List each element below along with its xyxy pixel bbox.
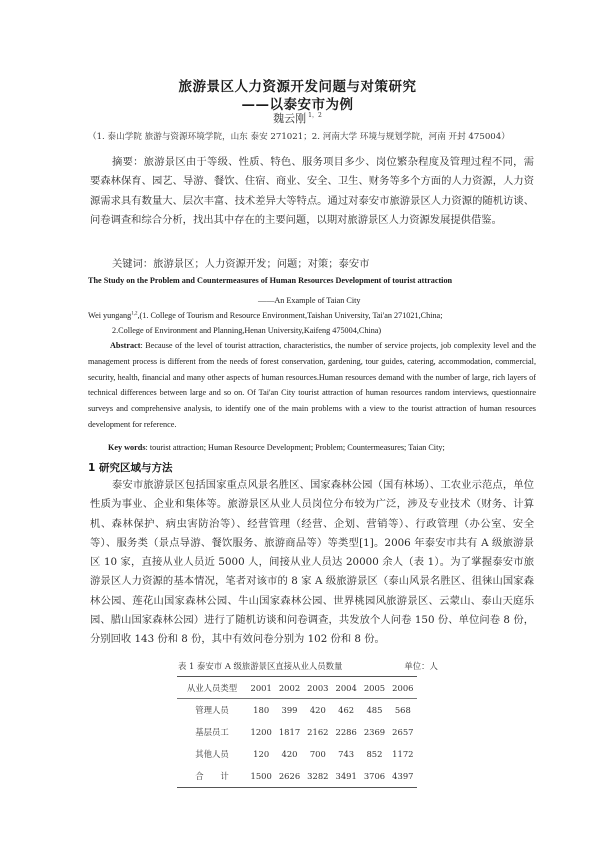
table-header: 2002	[275, 677, 303, 699]
author-line: 魏云刚1，2	[0, 110, 595, 126]
table-cell: 2657	[389, 721, 417, 743]
table-unit: 单位：人	[404, 661, 438, 671]
table-cell: 2369	[360, 721, 388, 743]
table-cell: 399	[275, 699, 303, 722]
author-superscript: 1，2	[308, 112, 322, 119]
abstract-en-text: : Because of the level of tourist attrac…	[88, 341, 536, 429]
table-header: 2006	[389, 677, 417, 699]
english-affiliation-1: Wei yungang1,2,(1. College of Tourism an…	[88, 311, 442, 320]
table-cell: 743	[332, 743, 360, 765]
table-cell: 3491	[332, 765, 360, 788]
table-cell: 180	[247, 699, 275, 722]
table-cell: 合 计	[177, 765, 247, 788]
table-header: 从业人员类型	[177, 677, 247, 699]
abstract-cn: 摘要：旅游景区由于等级、性质、特色、服务项目多少、岗位繁杂程度及管理过程不同，需…	[90, 153, 534, 230]
table-cell: 485	[360, 699, 388, 722]
english-affiliation-2: 2.College of Environment and Planning,He…	[112, 326, 381, 335]
keywords-en-label: Key words	[108, 443, 146, 452]
data-table: 从业人员类型 2001 2002 2003 2004 2005 2006 管理人…	[177, 676, 417, 788]
english-title: The Study on the Problem and Countermeas…	[88, 276, 452, 285]
table-cell: 568	[389, 699, 417, 722]
table-cell: 852	[360, 743, 388, 765]
table-row: 其他人员 120 420 700 743 852 1172	[177, 743, 417, 765]
affiliation: （1. 泰山学院 旅游与资源环境学院，山东 泰安 271021；2. 河南大学 …	[88, 130, 538, 142]
table-cell: 1817	[275, 721, 303, 743]
table-row-total: 合 计 1500 2626 3282 3491 3706 4397	[177, 765, 417, 788]
keywords-en-text: : tourist attraction; Human Resource Dev…	[146, 443, 445, 452]
table-header: 2001	[247, 677, 275, 699]
table-cell: 2286	[332, 721, 360, 743]
table-cell: 基层员工	[177, 721, 247, 743]
table-cell: 其他人员	[177, 743, 247, 765]
table-cell: 1200	[247, 721, 275, 743]
table-cell: 420	[275, 743, 303, 765]
english-subtitle: ——An Example of Taian City	[258, 296, 361, 305]
table-cell: 700	[304, 743, 332, 765]
abstract-en-label: Abstract	[110, 341, 140, 350]
table-cell: 120	[247, 743, 275, 765]
table-cell: 2626	[275, 765, 303, 788]
table-caption: 表 1 泰安市 A 级旅游景区直接从业人员数量单位：人	[178, 660, 438, 672]
table-cell: 420	[304, 699, 332, 722]
table-cell: 管理人员	[177, 699, 247, 722]
section-heading: 1 研究区域与方法	[88, 460, 172, 475]
table-header-row: 从业人员类型 2001 2002 2003 2004 2005 2006	[177, 677, 417, 699]
table-row: 基层员工 1200 1817 2162 2286 2369 2657	[177, 721, 417, 743]
table-header: 2005	[360, 677, 388, 699]
paper-page: 旅游景区人力资源开发问题与对策研究 ——以泰安市为例 魏云刚1，2 （1. 泰山…	[0, 0, 595, 842]
keywords-en: Key words: tourist attraction; Human Res…	[108, 443, 445, 452]
table-cell: 3282	[304, 765, 332, 788]
paper-title: 旅游景区人力资源开发问题与对策研究	[0, 75, 595, 95]
table-cell: 2162	[304, 721, 332, 743]
table-row: 管理人员 180 399 420 462 485 568	[177, 699, 417, 722]
table-header: 2003	[304, 677, 332, 699]
keywords-cn: 关键词：旅游景区；人力资源开发；问题；对策；泰安市	[90, 255, 534, 270]
section-body: 泰安市旅游景区包括国家重点风景名胜区、国家森林公园（国有林场）、工农业示范点，单…	[90, 476, 534, 650]
abstract-en: Abstract: Because of the level of touris…	[88, 338, 536, 433]
table-cell: 1500	[247, 765, 275, 788]
table-cell: 1172	[389, 743, 417, 765]
author-name: 魏云刚	[273, 112, 306, 125]
english-author: Wei yungang	[88, 311, 131, 320]
table-cell: 462	[332, 699, 360, 722]
table-header: 2004	[332, 677, 360, 699]
table-caption-text: 表 1 泰安市 A 级旅游景区直接从业人员数量	[178, 661, 342, 671]
table-cell: 3706	[360, 765, 388, 788]
english-affiliation-text: ,(1. College of Tourism and Resource Env…	[137, 311, 442, 320]
table-cell: 4397	[389, 765, 417, 788]
